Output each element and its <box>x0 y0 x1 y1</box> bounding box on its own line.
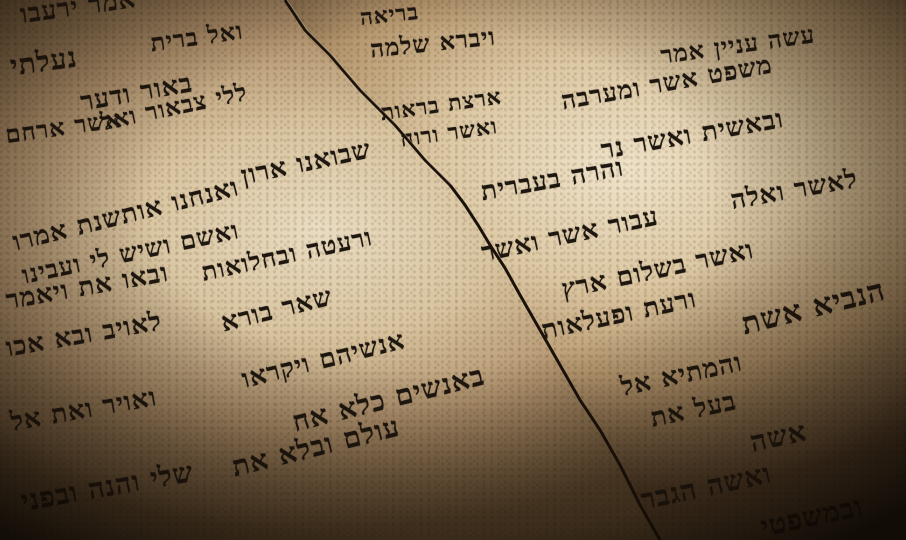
parchment-crack <box>0 0 906 540</box>
parchment-photo: אמר ירעבו ואל ברית נעלתי באור ודער ללי צ… <box>0 0 906 540</box>
